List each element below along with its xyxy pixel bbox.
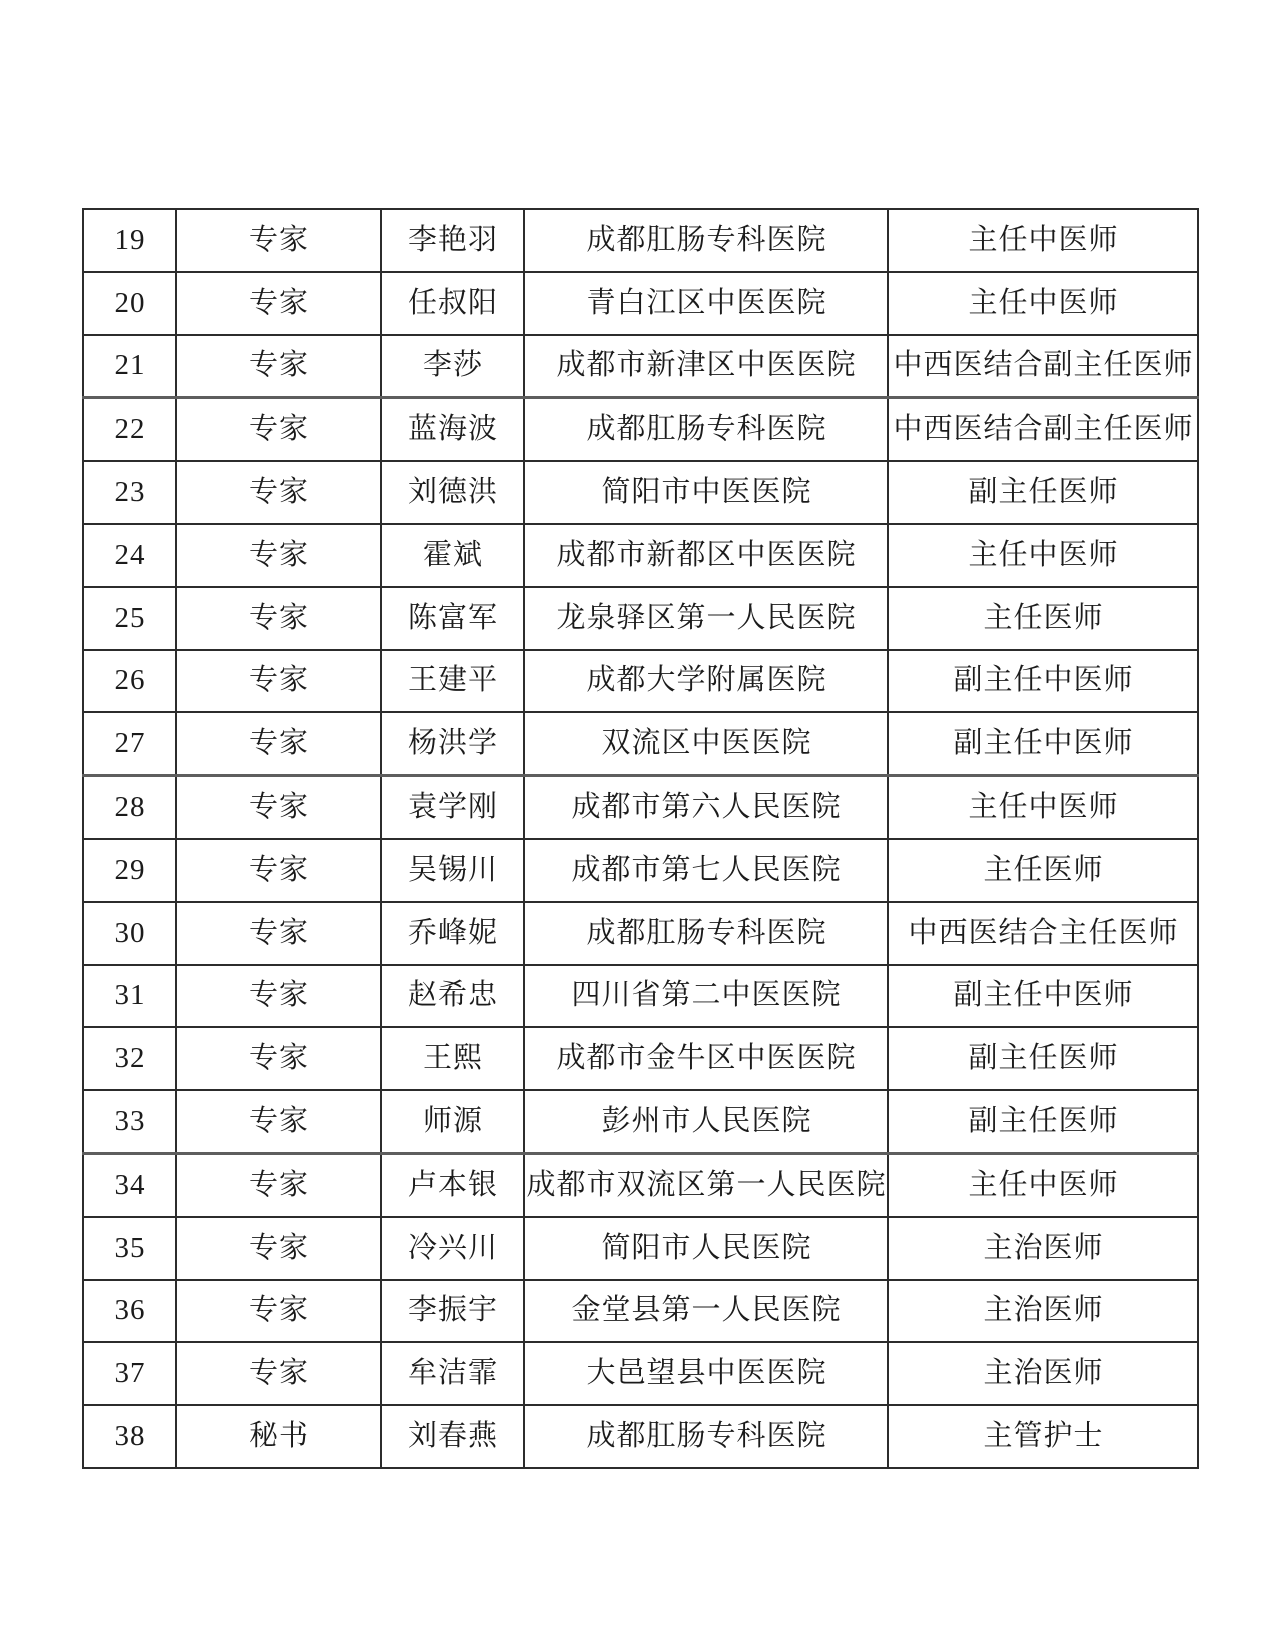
- cell-index: 35: [83, 1217, 176, 1280]
- cell-index: 21: [83, 335, 176, 398]
- cell-role: 秘书: [176, 1405, 381, 1468]
- cell-title: 中西医结合副主任医师: [888, 335, 1198, 398]
- cell-role: 专家: [176, 965, 381, 1028]
- cell-name: 王熙: [381, 1027, 524, 1090]
- cell-name: 刘德洪: [381, 461, 524, 524]
- cell-role: 专家: [176, 587, 381, 650]
- cell-role: 专家: [176, 272, 381, 335]
- cell-name: 王建平: [381, 650, 524, 713]
- cell-index: 24: [83, 524, 176, 587]
- table-row: 22专家蓝海波成都肛肠专科医院中西医结合副主任医师: [83, 398, 1198, 461]
- table-row: 32专家王熙成都市金牛区中医医院副主任医师: [83, 1027, 1198, 1090]
- cell-name: 蓝海波: [381, 398, 524, 461]
- table-row: 27专家杨洪学双流区中医医院副主任中医师: [83, 712, 1198, 775]
- cell-role: 专家: [176, 335, 381, 398]
- cell-title: 主任中医师: [888, 1153, 1198, 1216]
- table-row: 19专家李艳羽成都肛肠专科医院主任中医师: [83, 209, 1198, 272]
- cell-role: 专家: [176, 1090, 381, 1153]
- cell-role: 专家: [176, 839, 381, 902]
- cell-hospital: 简阳市中医医院: [524, 461, 888, 524]
- cell-title: 主任中医师: [888, 209, 1198, 272]
- cell-hospital: 成都市新都区中医医院: [524, 524, 888, 587]
- cell-index: 19: [83, 209, 176, 272]
- cell-title: 主任医师: [888, 839, 1198, 902]
- cell-role: 专家: [176, 1153, 381, 1216]
- cell-role: 专家: [176, 776, 381, 839]
- cell-title: 副主任医师: [888, 461, 1198, 524]
- cell-hospital: 彭州市人民医院: [524, 1090, 888, 1153]
- cell-hospital: 成都市新津区中医医院: [524, 335, 888, 398]
- cell-index: 33: [83, 1090, 176, 1153]
- cell-title: 副主任医师: [888, 1090, 1198, 1153]
- table-row: 26专家王建平成都大学附属医院副主任中医师: [83, 650, 1198, 713]
- cell-role: 专家: [176, 1280, 381, 1343]
- cell-index: 22: [83, 398, 176, 461]
- cell-index: 23: [83, 461, 176, 524]
- cell-title: 主管护士: [888, 1405, 1198, 1468]
- cell-hospital: 四川省第二中医医院: [524, 965, 888, 1028]
- cell-title: 副主任中医师: [888, 650, 1198, 713]
- cell-name: 师源: [381, 1090, 524, 1153]
- cell-title: 主治医师: [888, 1342, 1198, 1405]
- table-row: 24专家霍斌成都市新都区中医医院主任中医师: [83, 524, 1198, 587]
- cell-index: 26: [83, 650, 176, 713]
- cell-name: 吴锡川: [381, 839, 524, 902]
- cell-role: 专家: [176, 209, 381, 272]
- cell-role: 专家: [176, 650, 381, 713]
- table-row: 20专家任叔阳青白江区中医医院主任中医师: [83, 272, 1198, 335]
- cell-role: 专家: [176, 1217, 381, 1280]
- table-row: 30专家乔峰妮成都肛肠专科医院中西医结合主任医师: [83, 902, 1198, 965]
- table-row: 21专家李莎成都市新津区中医医院中西医结合副主任医师: [83, 335, 1198, 398]
- cell-hospital: 成都肛肠专科医院: [524, 398, 888, 461]
- cell-name: 陈富军: [381, 587, 524, 650]
- cell-hospital: 成都市第七人民医院: [524, 839, 888, 902]
- cell-name: 李振宇: [381, 1280, 524, 1343]
- cell-index: 32: [83, 1027, 176, 1090]
- cell-title: 主治医师: [888, 1280, 1198, 1343]
- cell-title: 中西医结合副主任医师: [888, 398, 1198, 461]
- cell-index: 31: [83, 965, 176, 1028]
- cell-name: 牟洁霏: [381, 1342, 524, 1405]
- cell-name: 刘春燕: [381, 1405, 524, 1468]
- table-row: 29专家吴锡川成都市第七人民医院主任医师: [83, 839, 1198, 902]
- cell-index: 27: [83, 712, 176, 775]
- cell-index: 28: [83, 776, 176, 839]
- cell-hospital: 成都市双流区第一人民医院: [524, 1153, 888, 1216]
- cell-title: 副主任中医师: [888, 965, 1198, 1028]
- cell-name: 袁学刚: [381, 776, 524, 839]
- table-row: 23专家刘德洪简阳市中医医院副主任医师: [83, 461, 1198, 524]
- cell-role: 专家: [176, 712, 381, 775]
- cell-title: 副主任中医师: [888, 712, 1198, 775]
- cell-name: 霍斌: [381, 524, 524, 587]
- table-row: 25专家陈富军龙泉驿区第一人民医院主任医师: [83, 587, 1198, 650]
- cell-index: 37: [83, 1342, 176, 1405]
- cell-hospital: 成都市金牛区中医医院: [524, 1027, 888, 1090]
- table-row: 33专家师源彭州市人民医院副主任医师: [83, 1090, 1198, 1153]
- table-row: 34专家卢本银成都市双流区第一人民医院主任中医师: [83, 1153, 1198, 1216]
- cell-name: 杨洪学: [381, 712, 524, 775]
- cell-title: 主任中医师: [888, 272, 1198, 335]
- cell-hospital: 大邑望县中医医院: [524, 1342, 888, 1405]
- cell-role: 专家: [176, 398, 381, 461]
- cell-hospital: 简阳市人民医院: [524, 1217, 888, 1280]
- cell-hospital: 金堂县第一人民医院: [524, 1280, 888, 1343]
- cell-title: 副主任医师: [888, 1027, 1198, 1090]
- cell-role: 专家: [176, 524, 381, 587]
- expert-roster-table-body: 19专家李艳羽成都肛肠专科医院主任中医师20专家任叔阳青白江区中医医院主任中医师…: [83, 209, 1198, 1468]
- cell-index: 29: [83, 839, 176, 902]
- cell-hospital: 双流区中医医院: [524, 712, 888, 775]
- cell-index: 34: [83, 1153, 176, 1216]
- table-row: 35专家冷兴川简阳市人民医院主治医师: [83, 1217, 1198, 1280]
- cell-index: 20: [83, 272, 176, 335]
- cell-role: 专家: [176, 1027, 381, 1090]
- cell-title: 主治医师: [888, 1217, 1198, 1280]
- cell-title: 主任医师: [888, 587, 1198, 650]
- cell-index: 36: [83, 1280, 176, 1343]
- cell-role: 专家: [176, 902, 381, 965]
- cell-name: 冷兴川: [381, 1217, 524, 1280]
- cell-hospital: 青白江区中医医院: [524, 272, 888, 335]
- cell-role: 专家: [176, 1342, 381, 1405]
- table-row: 31专家赵希忠四川省第二中医医院副主任中医师: [83, 965, 1198, 1028]
- table-row: 37专家牟洁霏大邑望县中医医院主治医师: [83, 1342, 1198, 1405]
- cell-index: 25: [83, 587, 176, 650]
- cell-hospital: 成都肛肠专科医院: [524, 902, 888, 965]
- cell-name: 卢本银: [381, 1153, 524, 1216]
- cell-hospital: 成都大学附属医院: [524, 650, 888, 713]
- document-page: 19专家李艳羽成都肛肠专科医院主任中医师20专家任叔阳青白江区中医医院主任中医师…: [0, 0, 1275, 1650]
- table-row: 28专家袁学刚成都市第六人民医院主任中医师: [83, 776, 1198, 839]
- cell-title: 主任中医师: [888, 524, 1198, 587]
- cell-name: 李艳羽: [381, 209, 524, 272]
- cell-name: 赵希忠: [381, 965, 524, 1028]
- table-row: 38秘书刘春燕成都肛肠专科医院主管护士: [83, 1405, 1198, 1468]
- cell-title: 中西医结合主任医师: [888, 902, 1198, 965]
- cell-name: 乔峰妮: [381, 902, 524, 965]
- expert-roster-table: 19专家李艳羽成都肛肠专科医院主任中医师20专家任叔阳青白江区中医医院主任中医师…: [82, 208, 1199, 1469]
- cell-name: 李莎: [381, 335, 524, 398]
- cell-hospital: 成都市第六人民医院: [524, 776, 888, 839]
- cell-hospital: 成都肛肠专科医院: [524, 1405, 888, 1468]
- cell-hospital: 龙泉驿区第一人民医院: [524, 587, 888, 650]
- cell-name: 任叔阳: [381, 272, 524, 335]
- cell-title: 主任中医师: [888, 776, 1198, 839]
- cell-index: 38: [83, 1405, 176, 1468]
- cell-index: 30: [83, 902, 176, 965]
- cell-role: 专家: [176, 461, 381, 524]
- table-row: 36专家李振宇金堂县第一人民医院主治医师: [83, 1280, 1198, 1343]
- cell-hospital: 成都肛肠专科医院: [524, 209, 888, 272]
